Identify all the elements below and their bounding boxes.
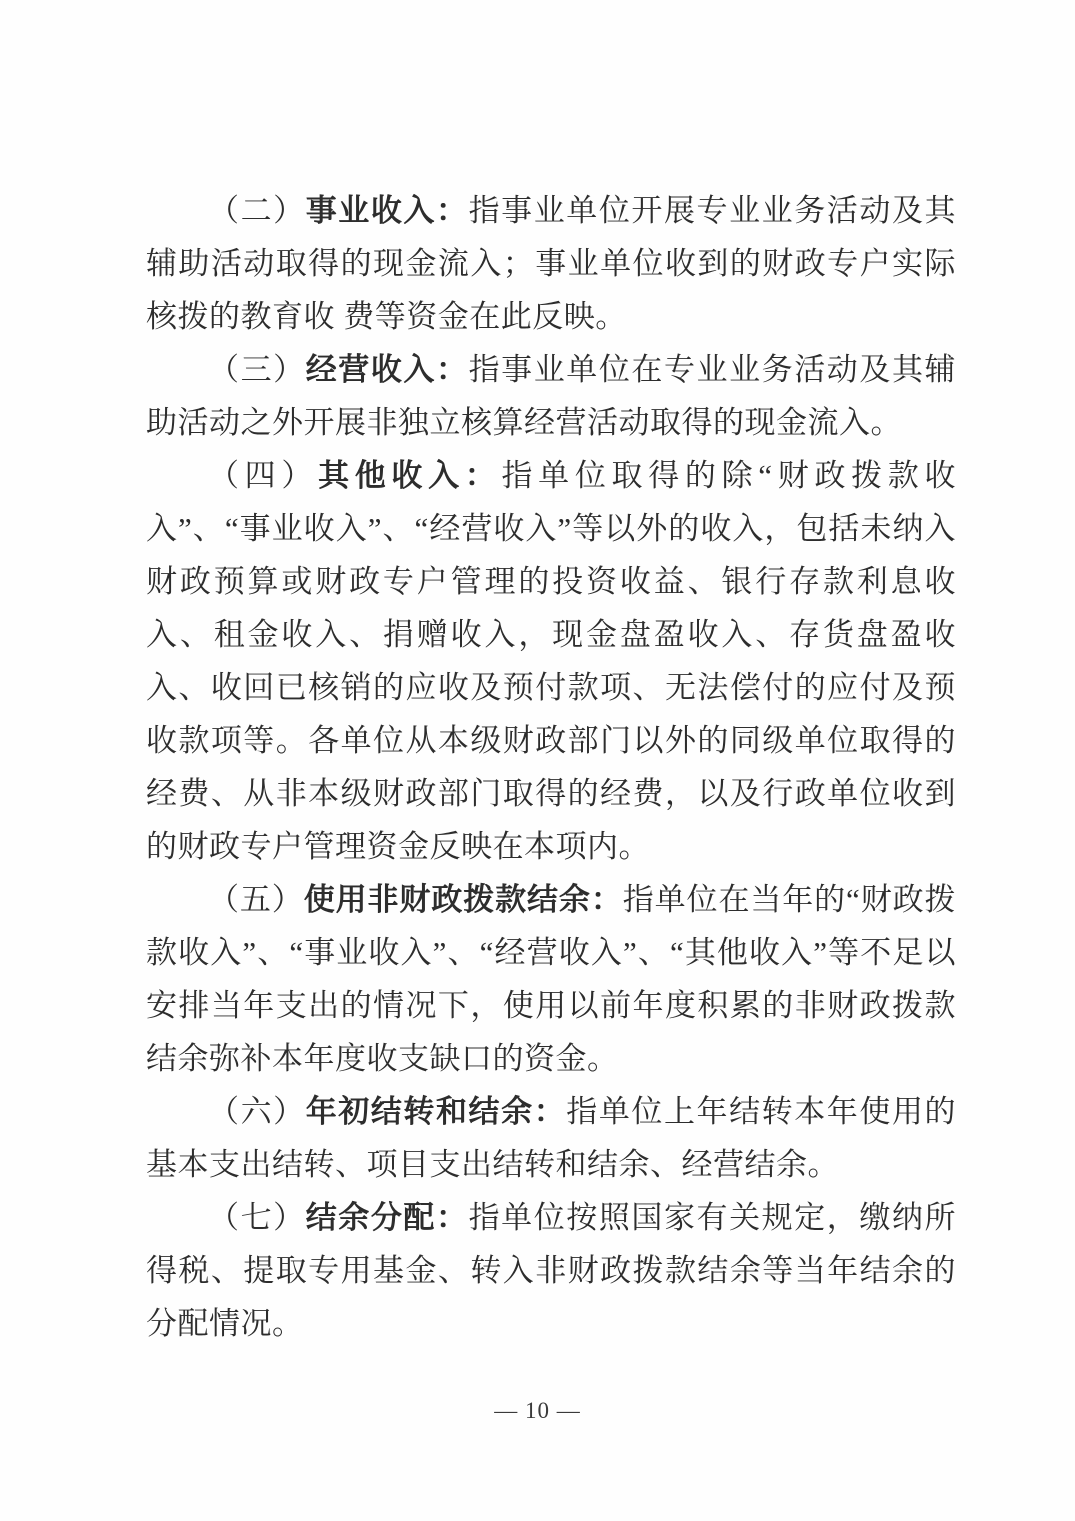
paragraph-number: （三） (208, 352, 306, 387)
paragraph-4: （四）其他收入：指单位取得的除“财政拨款收入”、“事业收入”、“经营收入”等以外… (146, 449, 956, 873)
paragraph-term: 经营收入： (306, 352, 469, 387)
paragraph-3: （三）经营收入：指事业单位在专业业务活动及其辅助活动之外开展非独立核算经营活动取… (146, 343, 956, 449)
paragraph-number: （四） (208, 458, 318, 493)
paragraph-number: （五） (208, 882, 304, 917)
paragraph-term: 使用非财政拨款结余： (304, 882, 623, 917)
paragraph-6: （六）年初结转和结余：指单位上年结转本年使用的基本支出结转、项目支出结转和结余、… (146, 1085, 956, 1191)
paragraph-number: （六） (208, 1094, 306, 1129)
paragraph-text: 指单位取得的除“财政拨款收入”、“事业收入”、“经营收入”等以外的收入，包括未纳… (146, 458, 956, 864)
paragraph-term: 年初结转和结余： (306, 1094, 567, 1129)
paragraph-2: （二）事业收入：指事业单位开展专业业务活动及其辅助活动取得的现金流入；事业单位收… (146, 184, 956, 343)
paragraph-number: （七） (208, 1200, 306, 1235)
paragraph-term: 其他收入： (318, 458, 501, 493)
document-page: （二）事业收入：指事业单位开展专业业务活动及其辅助活动取得的现金流入；事业单位收… (0, 0, 1075, 1521)
paragraph-term: 事业收入： (306, 193, 469, 228)
document-body: （二）事业收入：指事业单位开展专业业务活动及其辅助活动取得的现金流入；事业单位收… (146, 184, 956, 1350)
page-number: — 10 — (0, 1398, 1075, 1424)
paragraph-7: （七）结余分配：指单位按照国家有关规定，缴纳所得税、提取专用基金、转入非财政拨款… (146, 1191, 956, 1350)
paragraph-5: （五）使用非财政拨款结余：指单位在当年的“财政拨款收入”、“事业收入”、“经营收… (146, 873, 956, 1085)
paragraph-number: （二） (208, 193, 306, 228)
paragraph-term: 结余分配： (306, 1200, 469, 1235)
